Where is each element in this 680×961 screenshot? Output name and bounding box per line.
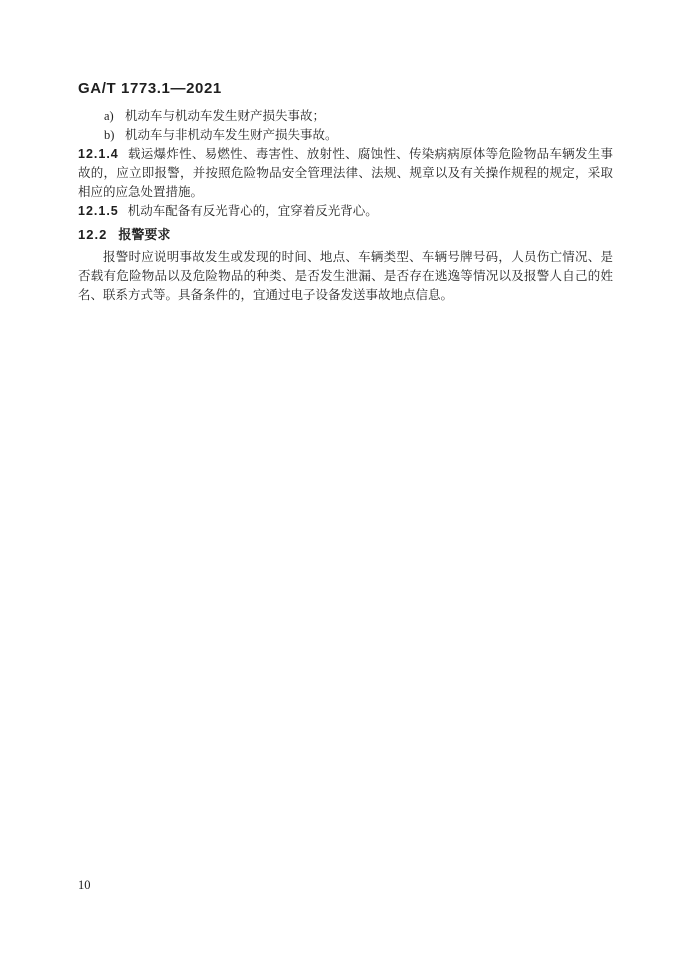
- list-item-b-marker: b): [104, 126, 114, 145]
- list-item-b: b) 机动车与非机动车发生财产损失事故。: [78, 126, 613, 145]
- clause-12-1-4-text: 载运爆炸性、易燃性、毒害性、放射性、腐蚀性、传染病病原体等危险物品车辆发生事故的…: [78, 147, 613, 199]
- section-heading-12-2: 12.2报警要求: [78, 225, 613, 244]
- list-item-a-marker: a): [104, 107, 114, 126]
- list-item-b-text: 机动车与非机动车发生财产损失事故。: [125, 128, 338, 142]
- clause-12-1-5: 12.1.5机动车配备有反光背心的，宜穿着反光背心。: [78, 202, 613, 221]
- section-body-paragraph: 报警时应说明事故发生或发现的时间、地点、车辆类型、车辆号牌号码，人员伤亡情况、是…: [78, 248, 613, 305]
- page-content: a) 机动车与机动车发生财产损失事故； b) 机动车与非机动车发生财产损失事故。…: [78, 107, 613, 305]
- section-heading-title: 报警要求: [118, 227, 170, 242]
- section-heading-number: 12.2: [78, 227, 118, 242]
- clause-12-1-5-text: 机动车配备有反光背心的，宜穿着反光背心。: [128, 204, 378, 218]
- clause-12-1-4: 12.1.4载运爆炸性、易燃性、毒害性、放射性、腐蚀性、传染病病原体等危险物品车…: [78, 145, 613, 202]
- page-number: 10: [78, 878, 91, 893]
- clause-12-1-5-number: 12.1.5: [78, 204, 128, 218]
- list-item-a-text: 机动车与机动车发生财产损失事故；: [125, 109, 325, 123]
- clause-12-1-4-number: 12.1.4: [78, 147, 128, 161]
- document-code-header: GA/T 1773.1—2021: [78, 80, 222, 97]
- list-item-a: a) 机动车与机动车发生财产损失事故；: [78, 107, 613, 126]
- document-page: GA/T 1773.1—2021 a) 机动车与机动车发生财产损失事故； b) …: [0, 0, 680, 961]
